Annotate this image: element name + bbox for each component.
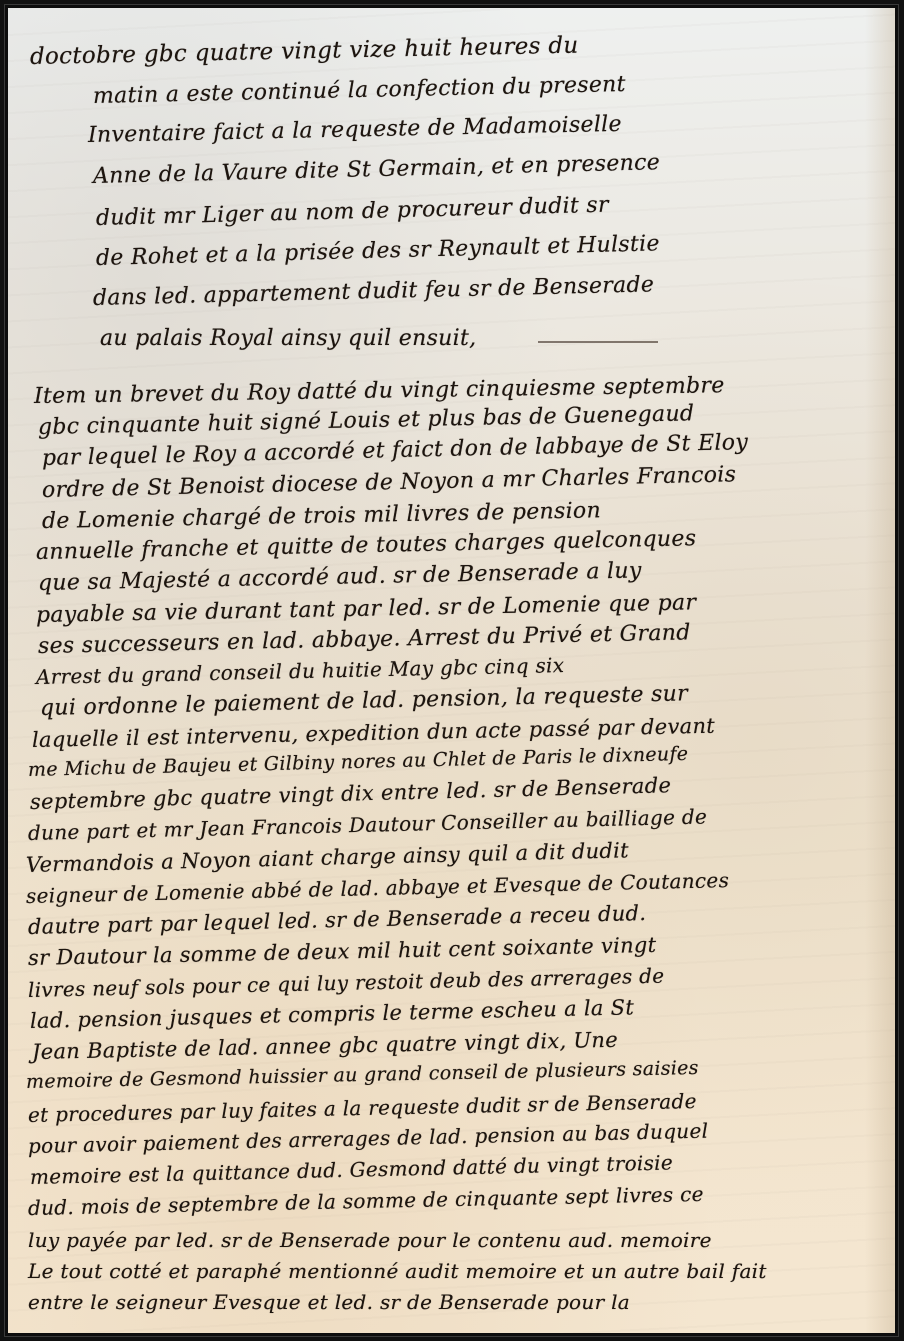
manuscript-line: entre le seigneur Evesque et led. sr de … (28, 1290, 630, 1314)
manuscript-line: dautre part par lequel led. sr de Benser… (28, 901, 647, 939)
manuscript-line: luy payée par led. sr de Benserade pour … (28, 1228, 712, 1252)
manuscript-page: doctobre gbc quatre vingt vize huit heur… (8, 8, 895, 1333)
manuscript-line: Inventaire faict a la requeste de Madamo… (88, 112, 622, 148)
manuscript-line: Jean Baptiste de lad. annee gbc quatre v… (32, 1028, 618, 1064)
line-filler-stroke (538, 341, 658, 343)
manuscript-line: memoire est la quittance dud. Gesmond da… (30, 1150, 674, 1189)
manuscript-line: que sa Majesté a accordé aud. sr de Bens… (38, 559, 642, 597)
manuscript-line: Arrest du grand conseil du huitie May gb… (36, 653, 565, 689)
manuscript-line: memoire de Gesmond huissier au grand con… (26, 1057, 699, 1093)
manuscript-line: sr Dautour la somme de deux mil huit cen… (28, 933, 657, 970)
manuscript-line: Anne de la Vaure dite St Germain, et en … (93, 150, 661, 189)
manuscript-line: dudit mr Liger au nom de procureur dudit… (96, 193, 609, 231)
manuscript-line: au palais Royal ainsy quil ensuit, (100, 326, 476, 351)
manuscript-line: lad. pension jusques et compris le terme… (30, 995, 635, 1033)
manuscript-line: de Rohet et a la prisée des sr Reynault … (96, 231, 660, 271)
manuscript-line: dans led. appartement dudit feu sr de Be… (93, 272, 655, 311)
manuscript-line: matin a este continué la confection du p… (93, 72, 626, 109)
manuscript-line: de Lomenie chargé de trois mil livres de… (42, 498, 601, 534)
manuscript-line: doctobre gbc quatre vingt vize huit heur… (30, 33, 579, 70)
manuscript-line: Le tout cotté et paraphé mentionné audit… (28, 1259, 767, 1283)
manuscript-line: dud. mois de septembre de la somme de ci… (28, 1182, 704, 1220)
manuscript-line: Vermandois a Noyon aiant charge ainsy qu… (26, 838, 629, 877)
